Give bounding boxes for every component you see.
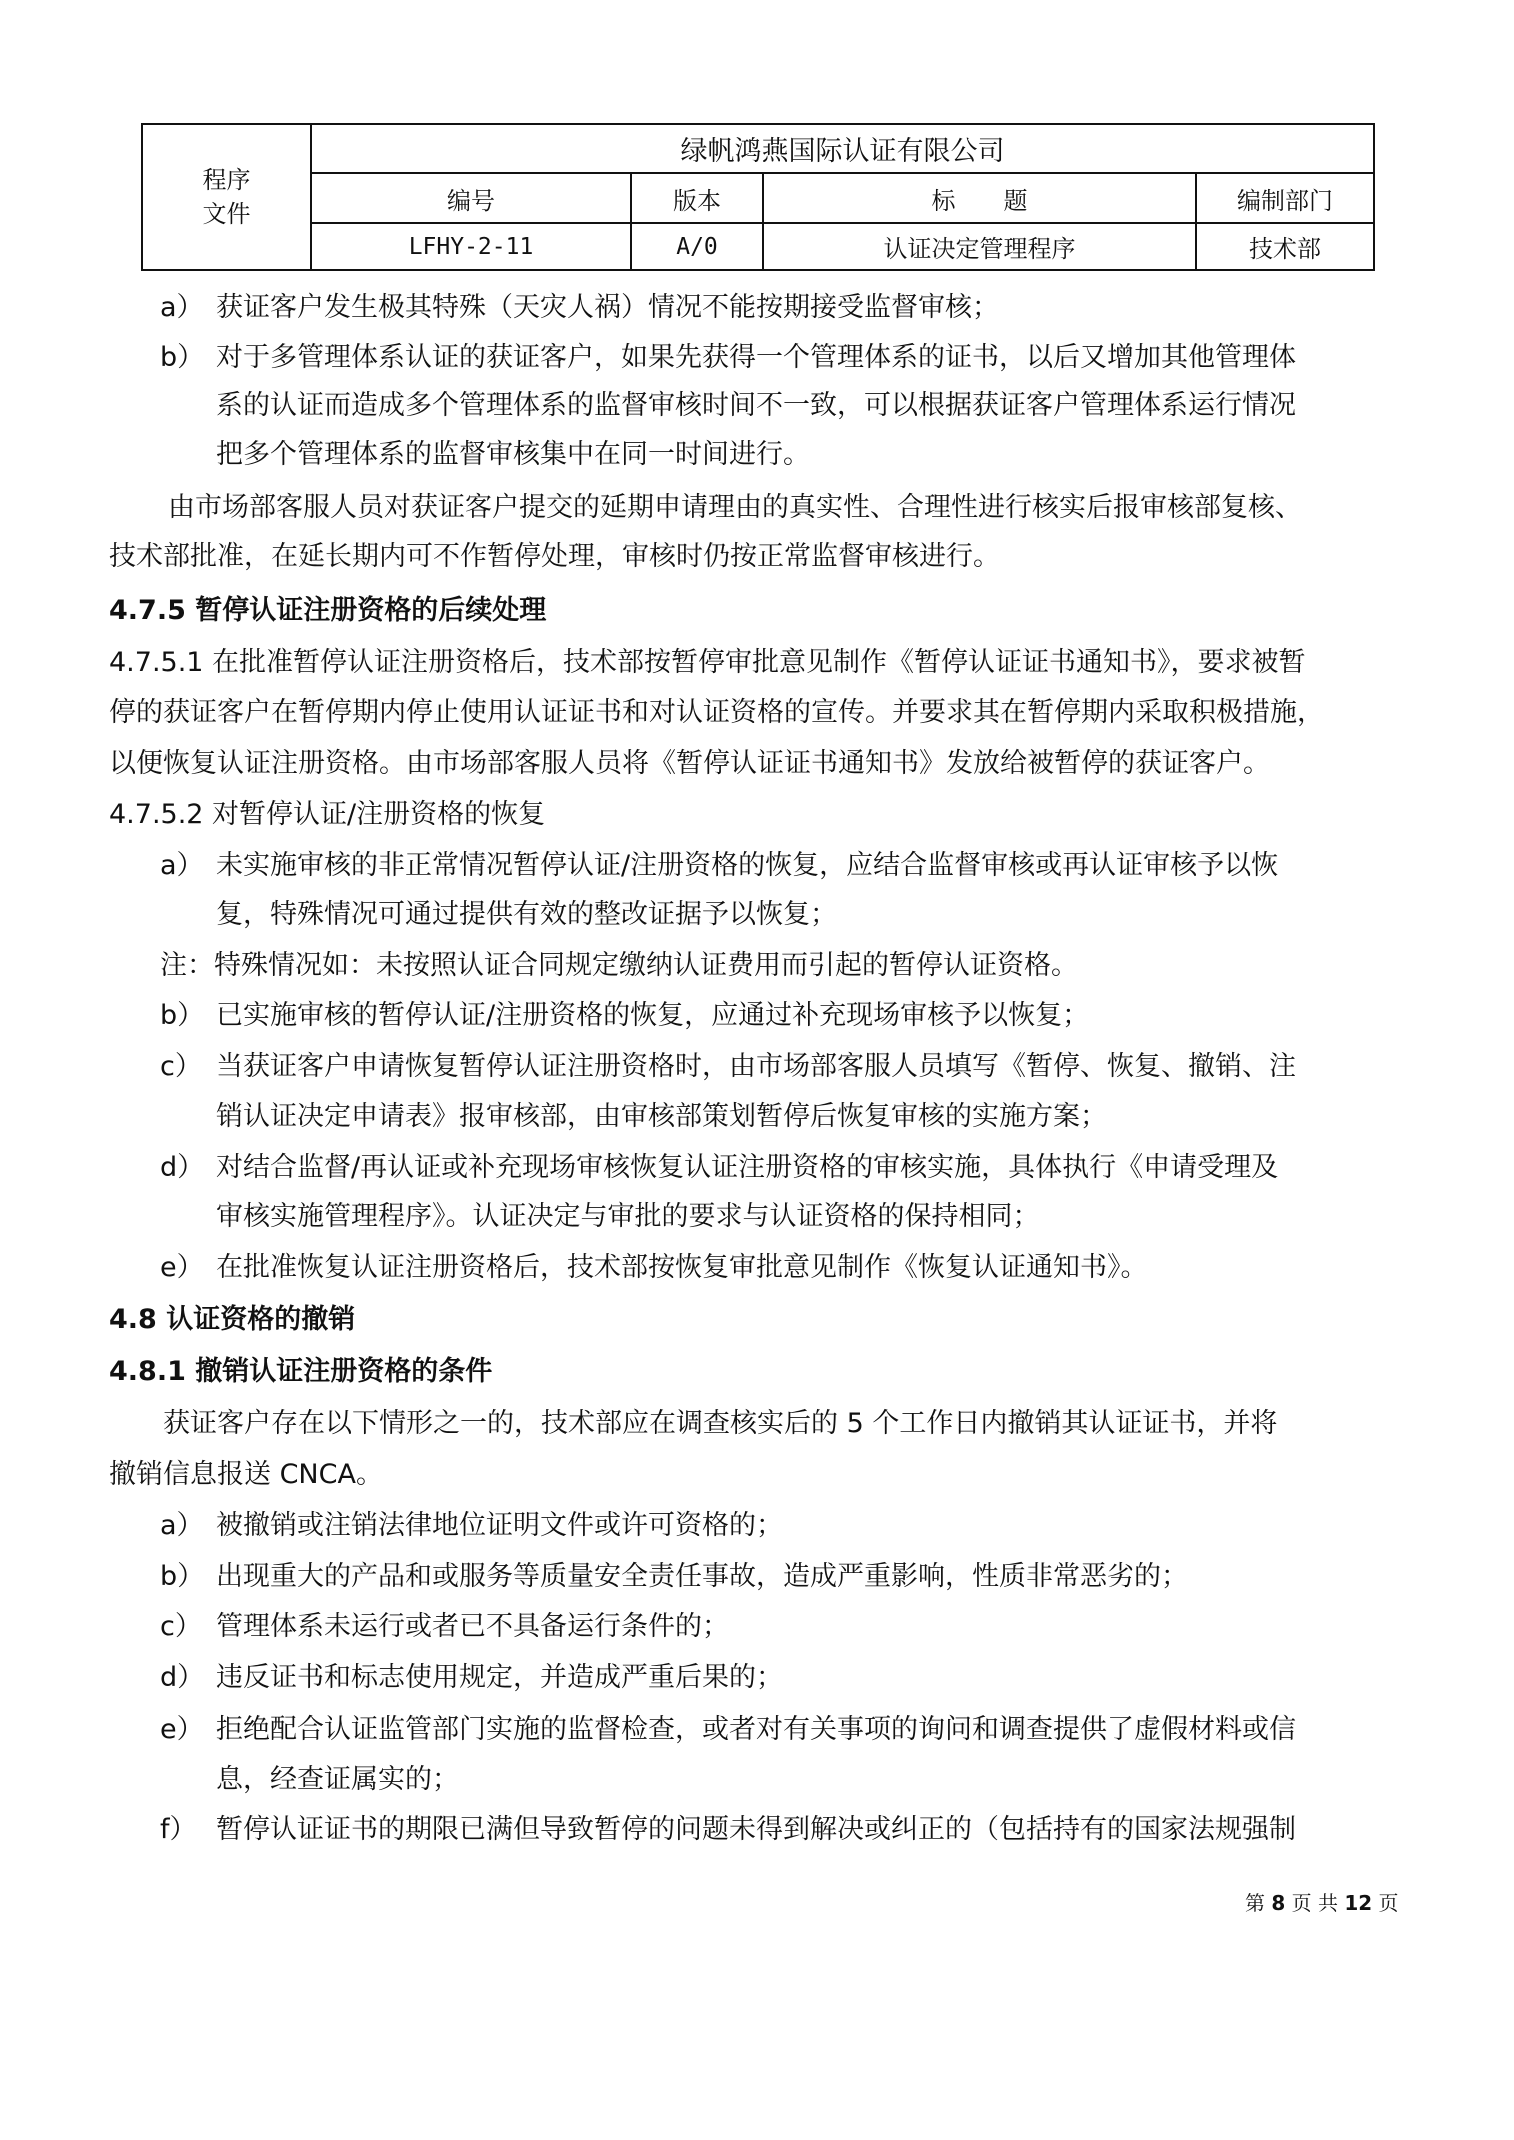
list-marker: b） [160, 1560, 216, 1594]
line-text: 拒绝配合认证监管部门实施的监督检查，或者对有关事项的询问和调查提供了虚假材料或信 [216, 1714, 1296, 1745]
line-text: 已实施审核的暂停认证/注册资格的恢复，应通过补充现场审核予以恢复； [216, 1000, 1089, 1031]
list-item-c: c）当获证客户申请恢复暂停认证注册资格时，由市场部客服人员填写《暂停、恢复、撤销… [160, 1050, 1296, 1084]
doc-number: LFHY-2-11 [311, 223, 631, 270]
doc-type-line2: 文件 [143, 197, 310, 231]
doc-version: A/0 [631, 223, 763, 270]
col-header-department: 编制部门 [1196, 173, 1374, 223]
doc-title: 认证决定管理程序 [763, 223, 1196, 270]
text-line: 息，经查证属实的； [216, 1763, 459, 1797]
list-marker: c） [160, 1610, 216, 1644]
list-item-c: c）管理体系未运行或者已不具备运行条件的； [160, 1610, 729, 1644]
text-line: 销认证决定申请表》报审核部，由审核部策划暂停后恢复审核的实施方案； [216, 1100, 1107, 1134]
paragraph-line: 由市场部客服人员对获证客户提交的延期申请理由的真实性、合理性进行核实后报审核部复… [168, 491, 1302, 525]
text-line: 把多个管理体系的监督审核集中在同一时间进行。 [216, 438, 810, 472]
line-text: 违反证书和标志使用规定，并造成严重后果的； [216, 1662, 783, 1693]
paragraph-line: 4.7.5.1 在批准暂停认证注册资格后，技术部按暂停审批意见制作《暂停认证证书… [109, 646, 1306, 680]
total-pages: 12 [1344, 1891, 1372, 1915]
line-text: 在批准恢复认证注册资格后，技术部按恢复审批意见制作《恢复认证通知书》。 [216, 1252, 1148, 1283]
list-marker: a） [160, 291, 216, 325]
col-header-version: 版本 [631, 173, 763, 223]
list-item-a: a）未实施审核的非正常情况暂停认证/注册资格的恢复，应结合监督审核或再认证审核予… [160, 849, 1278, 883]
paragraph-line: 撤销信息报送 CNCA。 [109, 1458, 383, 1492]
list-item-b: b）已实施审核的暂停认证/注册资格的恢复，应通过补充现场审核予以恢复； [160, 999, 1089, 1033]
text-line: 复，特殊情况可通过提供有效的整改证据予以恢复； [216, 898, 837, 932]
list-marker: a） [160, 849, 216, 883]
list-item-d: d）对结合监督/再认证或补充现场审核恢复认证注册资格的审核实施，具体执行《申请受… [160, 1151, 1278, 1185]
list-item-e: e）在批准恢复认证注册资格后，技术部按恢复审批意见制作《恢复认证通知书》。 [160, 1251, 1148, 1285]
doc-type-cell: 程序 文件 [142, 124, 311, 270]
company-name: 绿帆鸿燕国际认证有限公司 [311, 124, 1374, 173]
col-header-title: 标 题 [763, 173, 1196, 223]
paragraph-line: 以便恢复认证注册资格。由市场部客服人员将《暂停认证证书通知书》发放给被暂停的获证… [109, 747, 1270, 781]
text-line: 系的认证而造成多个管理体系的监督审核时间不一致，可以根据获证客户管理体系运行情况 [216, 389, 1296, 423]
section-heading-4-7-5: 4.7.5 暂停认证注册资格的后续处理 [109, 594, 546, 628]
line-text: 对于多管理体系认证的获证客户，如果先获得一个管理体系的证书，以后又增加其他管理体 [216, 342, 1296, 373]
line-text: 出现重大的产品和或服务等质量安全责任事故，造成严重影响，性质非常恶劣的； [216, 1561, 1188, 1592]
list-item-f: f）暂停认证证书的期限已满但导致暂停的问题未得到解决或纠正的（包括持有的国家法规… [160, 1813, 1296, 1847]
list-marker: e） [160, 1713, 216, 1747]
list-item-b: b）对于多管理体系认证的获证客户，如果先获得一个管理体系的证书，以后又增加其他管… [160, 341, 1296, 375]
paragraph-line: 停的获证客户在暂停期内停止使用认证证书和对认证资格的宣传。并要求其在暂停期内采取… [109, 696, 1324, 730]
list-item-d: d）违反证书和标志使用规定，并造成严重后果的； [160, 1661, 783, 1695]
footer-middle: 页 共 [1285, 1891, 1344, 1915]
list-marker: d） [160, 1151, 216, 1185]
line-text: 暂停认证证书的期限已满但导致暂停的问题未得到解决或纠正的（包括持有的国家法规强制 [216, 1814, 1296, 1845]
list-item-e: e）拒绝配合认证监管部门实施的监督检查，或者对有关事项的询问和调查提供了虚假材料… [160, 1713, 1296, 1747]
paragraph-line: 获证客户存在以下情形之一的，技术部应在调查核实后的 5 个工作日内撤销其认证证书… [163, 1407, 1277, 1441]
line-text: 未实施审核的非正常情况暂停认证/注册资格的恢复，应结合监督审核或再认证审核予以恢 [216, 850, 1278, 881]
paragraph-line: 技术部批准，在延长期内可不作暂停处理，审核时仍按正常监督审核进行。 [109, 540, 1000, 574]
list-item-b: b）出现重大的产品和或服务等质量安全责任事故，造成严重影响，性质非常恶劣的； [160, 1560, 1188, 1594]
page-number-footer: 第 8 页 共 12 页 [1245, 1887, 1399, 1916]
col-header-number: 编号 [311, 173, 631, 223]
list-item-a: a）被撤销或注销法律地位证明文件或许可资格的； [160, 1509, 783, 1543]
document-header-table: 程序 文件 绿帆鸿燕国际认证有限公司 编号 版本 标 题 编制部门 LFHY-2… [141, 123, 1375, 271]
line-text: 当获证客户申请恢复暂停认证注册资格时，由市场部客服人员填写《暂停、恢复、撤销、注 [216, 1051, 1296, 1082]
list-marker: e） [160, 1251, 216, 1285]
doc-department: 技术部 [1196, 223, 1374, 270]
doc-type-line1: 程序 [143, 163, 310, 197]
list-marker: d） [160, 1661, 216, 1695]
section-heading-4-8: 4.8 认证资格的撤销 [109, 1303, 355, 1337]
subsection-heading-4-7-5-2: 4.7.5.2 对暂停认证/注册资格的恢复 [109, 798, 545, 832]
list-item-a: a）获证客户发生极其特殊（天灾人祸）情况不能按期接受监督审核； [160, 291, 999, 325]
footer-suffix: 页 [1372, 1891, 1398, 1915]
line-text: 对结合监督/再认证或补充现场审核恢复认证注册资格的审核实施，具体执行《申请受理及 [216, 1152, 1278, 1183]
current-page: 8 [1271, 1891, 1285, 1915]
list-marker: b） [160, 999, 216, 1033]
list-marker: b） [160, 341, 216, 375]
list-marker: c） [160, 1050, 216, 1084]
list-marker: a） [160, 1509, 216, 1543]
line-text: 被撤销或注销法律地位证明文件或许可资格的； [216, 1510, 783, 1541]
line-text: 管理体系未运行或者已不具备运行条件的； [216, 1611, 729, 1642]
footer-prefix: 第 [1245, 1891, 1271, 1915]
note-line: 注：特殊情况如：未按照认证合同规定缴纳认证费用而引起的暂停认证资格。 [160, 949, 1078, 983]
list-marker: f） [160, 1813, 216, 1847]
text-line: 审核实施管理程序》。认证决定与审批的要求与认证资格的保持相同； [216, 1200, 1040, 1234]
section-heading-4-8-1: 4.8.1 撤销认证注册资格的条件 [109, 1355, 492, 1389]
line-text: 获证客户发生极其特殊（天灾人祸）情况不能按期接受监督审核； [216, 292, 999, 323]
